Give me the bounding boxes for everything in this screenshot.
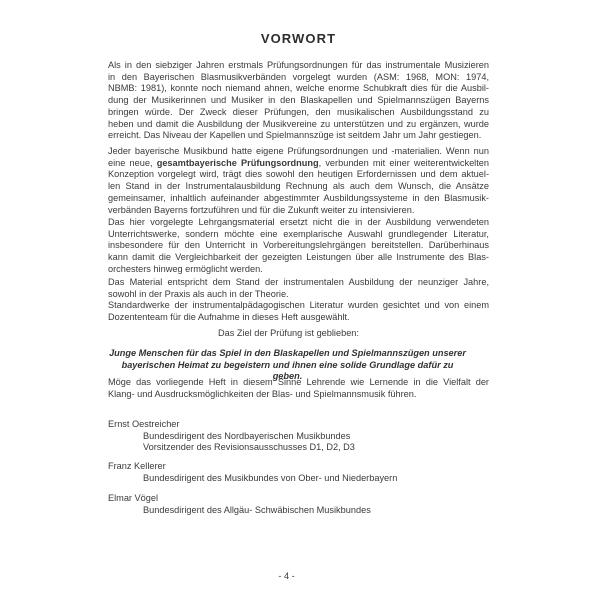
text-line: Als in den siebziger Jahren erstmals Prü… — [108, 60, 489, 72]
text-line: erreicht. Das Niveau der Kapellen und Sp… — [108, 130, 489, 142]
signature-name: Franz Kellerer — [108, 461, 489, 473]
motto-line: Junge Menschen für das Spiel in den Blas… — [108, 348, 467, 360]
signature-block: Elmar Vögel Bundesdirigent des Allgäu- S… — [108, 493, 489, 516]
bold-text-segment: gesamtbayerische Prüfungsordnung — [157, 158, 319, 168]
text-segment: eine neue, — [108, 158, 157, 168]
text-line: Das hier vorgelegte Lehrgangsmaterial er… — [108, 217, 489, 229]
page-title: VORWORT — [108, 31, 489, 46]
scanned-page: VORWORT Als in den siebziger Jahren erst… — [0, 0, 600, 600]
text-line: Jeder bayerische Musikbund hatte eigene … — [108, 146, 489, 158]
paragraph-5: Möge das vorliegende Heft in diesem Sinn… — [108, 377, 489, 400]
text-line: dung der Musikerinnen und Musiker in den… — [108, 95, 489, 107]
text-line: insbesondere für den Unterricht in Vorbe… — [108, 240, 489, 252]
signature-role: Vorsitzender des Revisionsausschusses D1… — [108, 442, 489, 454]
text-line: NBMB: 1981), konnte noch niemand ahnen, … — [108, 83, 489, 95]
text-line: Möge das vorliegende Heft in diesem Sinn… — [108, 377, 489, 389]
text-line: sowohl in der Praxis als auch in der The… — [108, 289, 489, 301]
text-line: Das Material entspricht dem Stand der in… — [108, 277, 489, 289]
text-line: heben und damit die Ausbildung der Musik… — [108, 119, 489, 131]
text-line: gemeinsamer, inhaltlich aufeinander abge… — [108, 193, 489, 205]
text-line: eine neue, gesamtbayerische Prüfungsordn… — [108, 158, 489, 170]
text-line: verbänden Bayerns fortzuführen und für d… — [108, 205, 489, 217]
text-line: kann damit die Vergleichbarkeit der geze… — [108, 252, 489, 264]
signature-block: Ernst Oestreicher Bundesdirigent des Nor… — [108, 419, 489, 454]
signature-role: Bundesdirigent des Musikbundes von Ober-… — [108, 473, 489, 485]
text-line: Klang- und Ausdrucksmöglichkeiten der Bl… — [108, 389, 489, 401]
signature-role: Bundesdirigent des Nordbayerischen Musik… — [108, 431, 489, 443]
text-line: Konzeption vorgelegt wird, trägt dies so… — [108, 169, 489, 181]
signature-block: Franz Kellerer Bundesdirigent des Musikb… — [108, 461, 489, 484]
text-line: len Stand in der Instrumentalausbildung … — [108, 181, 489, 193]
signature-name: Ernst Oestreicher — [108, 419, 489, 431]
text-line: orchesters hinweg ermöglicht werden. — [108, 264, 489, 276]
paragraph-4: Das Material entspricht dem Stand der in… — [108, 277, 489, 324]
goal-intro-line: Das Ziel der Prüfung ist geblieben: — [108, 328, 489, 340]
text-line: Dozententeam für die Aufnahme in dieses … — [108, 312, 489, 324]
text-line: Unterrichtswerke, sondern möchte eine ex… — [108, 229, 489, 241]
paragraph-3: Das hier vorgelegte Lehrgangsmaterial er… — [108, 217, 489, 276]
text-line: Standardwerke der instrumentalpädagogisc… — [108, 300, 489, 312]
text-segment: , verbunden mit einer weiterentwickelten — [319, 158, 489, 168]
signature-name: Elmar Vögel — [108, 493, 489, 505]
text-line: in den Bayerischen Blasmusikverbänden vo… — [108, 72, 489, 84]
page-number: - 4 - — [108, 570, 489, 582]
text-line: bringen würde. Der Zweck dieser Prüfunge… — [108, 107, 489, 119]
signature-role: Bundesdirigent des Allgäu- Schwäbischen … — [108, 505, 489, 517]
paragraph-2: Jeder bayerische Musikbund hatte eigene … — [108, 146, 489, 216]
paragraph-1: Als in den siebziger Jahren erstmals Prü… — [108, 60, 489, 142]
